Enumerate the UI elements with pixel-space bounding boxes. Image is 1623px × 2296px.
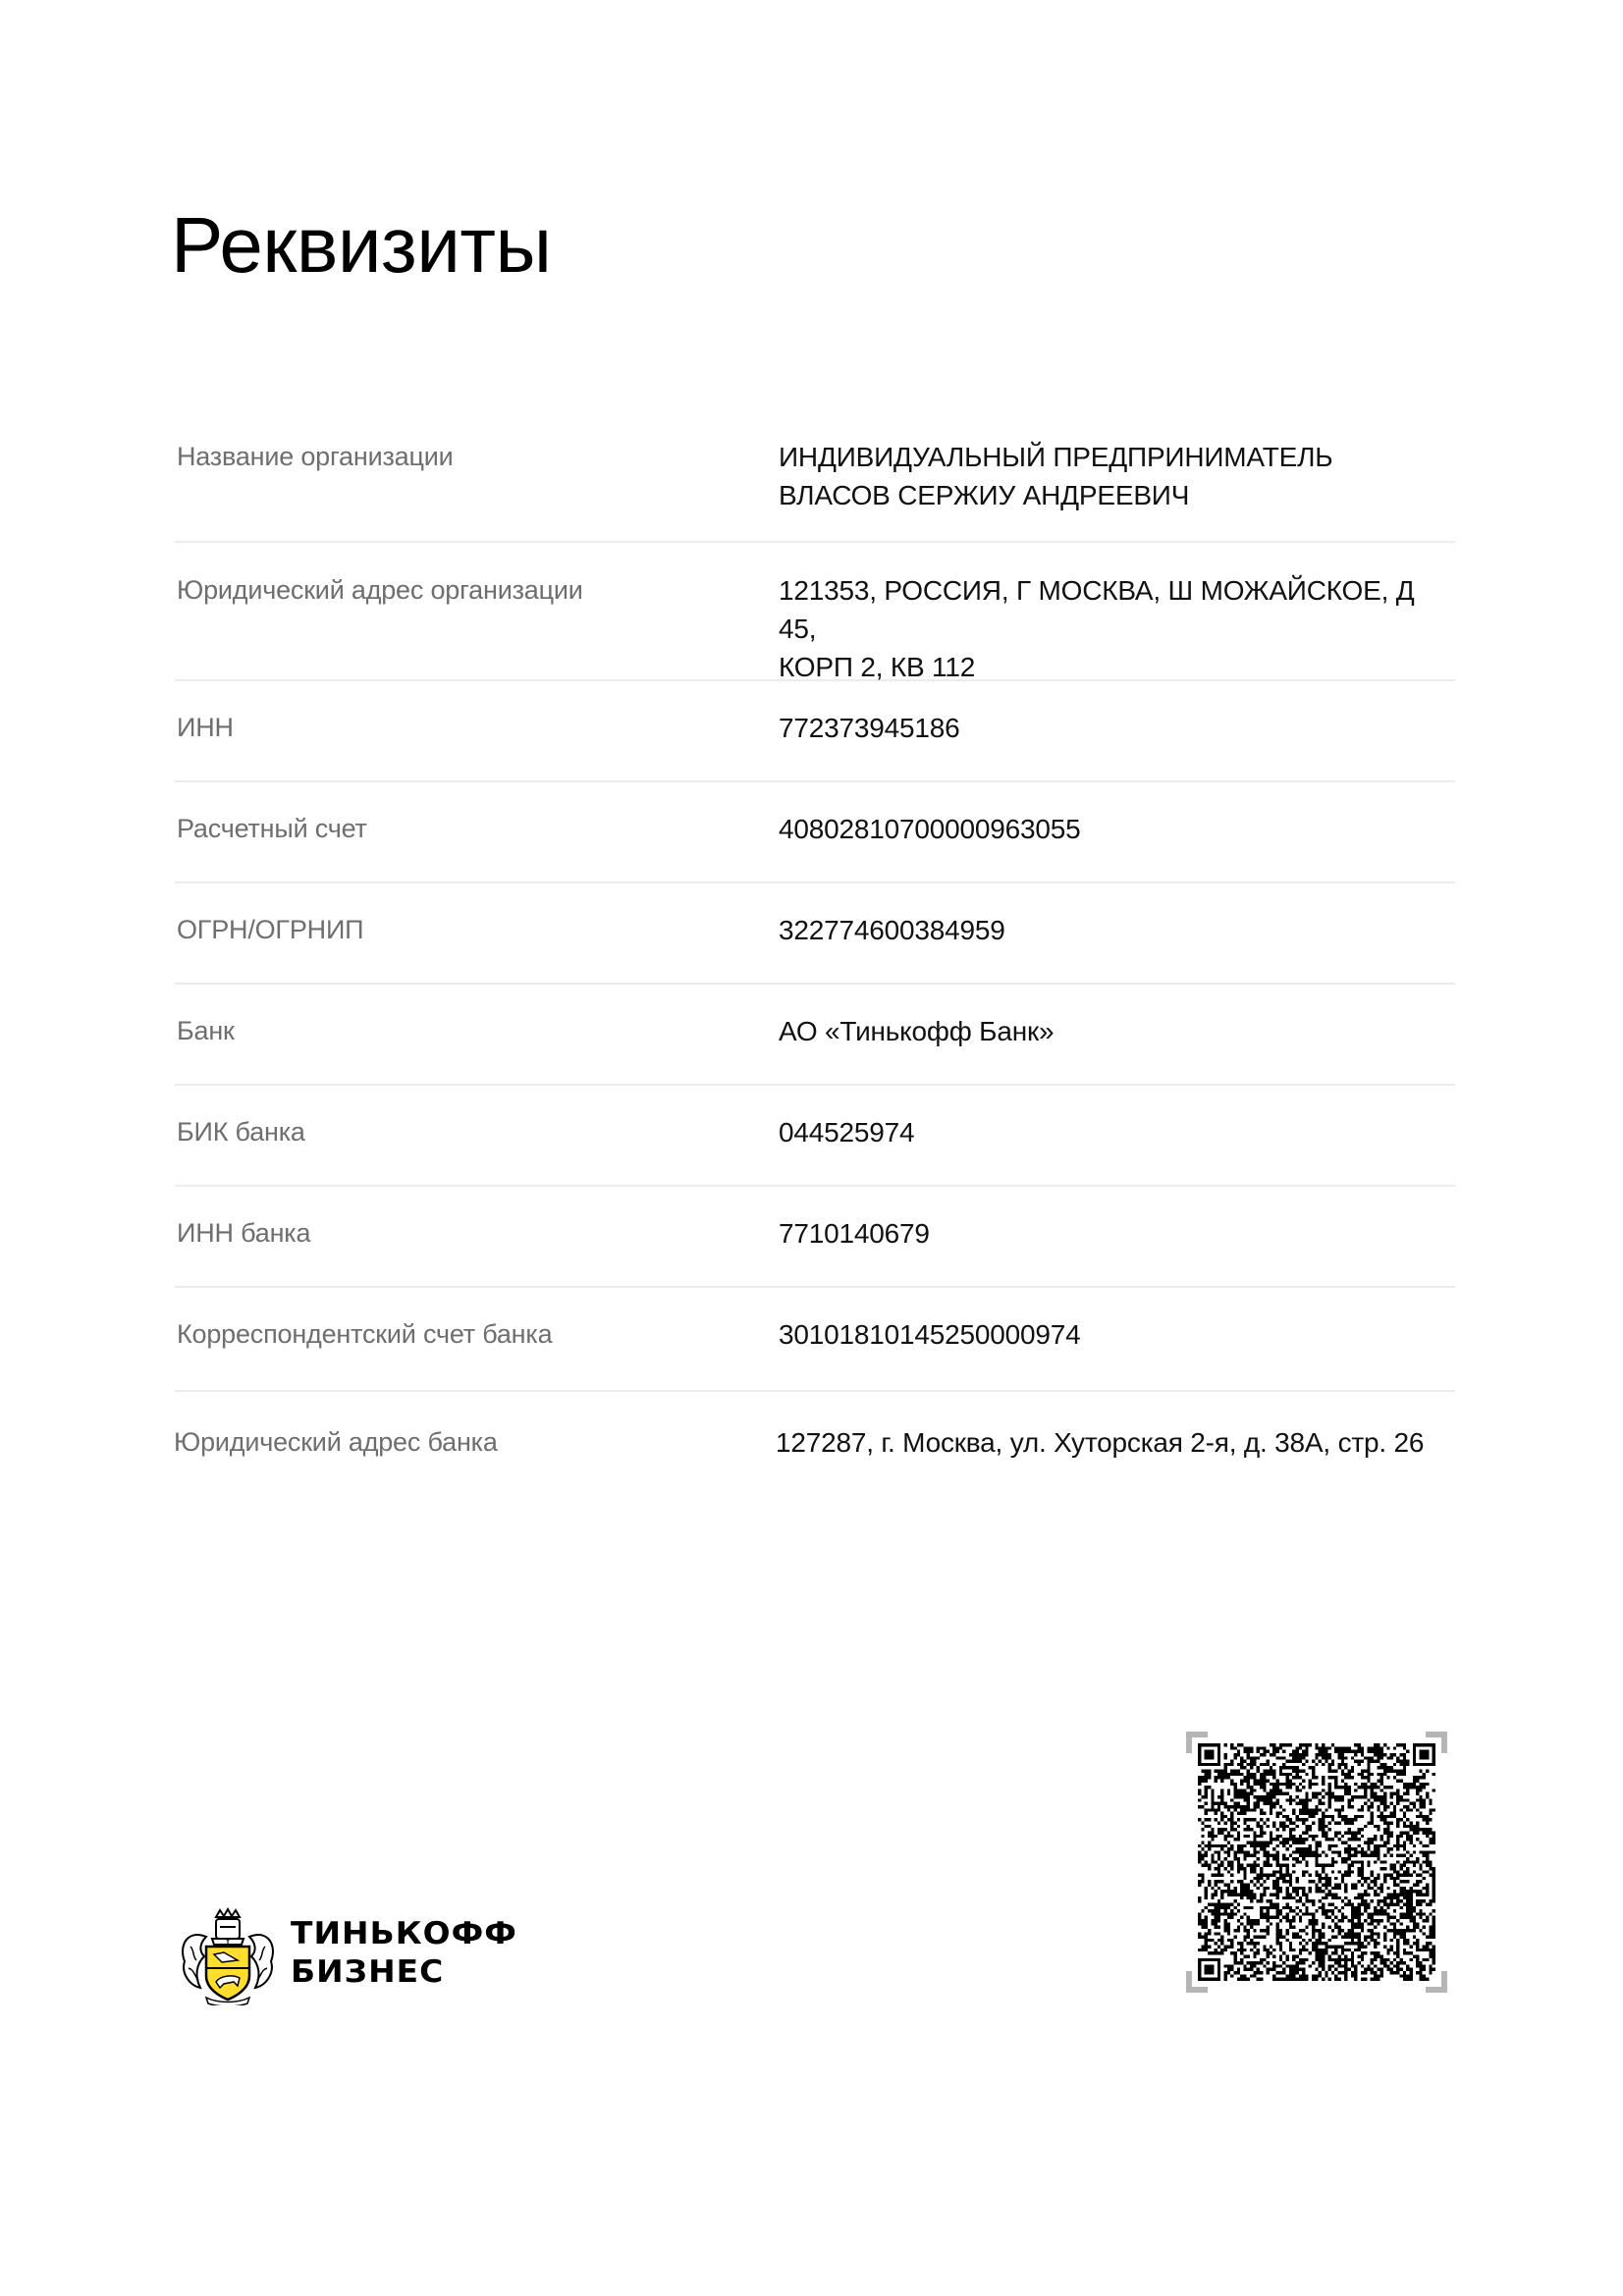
requisite-value[interactable]: 127287, г. Москва, ул. Хуторская 2-я, д.… xyxy=(776,1423,1453,1462)
requisite-label: ИНН xyxy=(177,709,234,747)
requisite-value[interactable]: 044525974 xyxy=(779,1113,1456,1151)
requisite-row-corr-account: Корреспондентский счет банка 30101810145… xyxy=(175,1288,1455,1392)
requisite-row-bank-address: Юридический адрес банка 127287, г. Москв… xyxy=(175,1392,1455,1490)
requisite-label: БИК банка xyxy=(177,1113,305,1151)
requisite-label: ИНН банка xyxy=(177,1214,310,1253)
value-line: ИНДИВИДУАЛЬНЫЙ ПРЕДПРИНИМАТЕЛЬ xyxy=(779,438,1456,476)
requisite-row-bank: Банк АО «Тинькофф Банк» xyxy=(175,985,1455,1086)
requisite-value[interactable]: 40802810700000963055 xyxy=(779,810,1456,848)
requisite-value[interactable]: 772373945186 xyxy=(779,709,1456,747)
requisite-row-bank-inn: ИНН банка 7710140679 xyxy=(175,1187,1455,1288)
qr-code-icon xyxy=(1198,1743,1435,1981)
requisite-row-org-name: Название организации ИНДИВИДУАЛЬНЫЙ ПРЕД… xyxy=(175,430,1455,543)
requisite-row-ogrn: ОГРН/ОГРНИП 322774600384959 xyxy=(175,883,1455,985)
requisite-label: Корреспондентский счет банка xyxy=(177,1315,552,1354)
requisite-label: Банк xyxy=(177,1012,235,1050)
requisite-value[interactable]: 7710140679 xyxy=(779,1214,1456,1253)
logo-text-line2: БИЗНЕС xyxy=(291,1953,517,1992)
requisite-row-inn: ИНН 772373945186 xyxy=(175,681,1455,782)
requisite-row-org-address: Юридический адрес организации 121353, РО… xyxy=(175,543,1455,681)
requisite-row-account: Расчетный счет 40802810700000963055 xyxy=(175,782,1455,883)
requisite-value[interactable]: 30101810145250000974 xyxy=(779,1315,1456,1354)
requisite-label: Юридический адрес банка xyxy=(174,1423,498,1462)
value-line: 121353, РОССИЯ, Г МОСКВА, Ш МОЖАЙСКОЕ, Д… xyxy=(779,571,1456,648)
requisite-value[interactable]: АО «Тинькофф Банк» xyxy=(779,1012,1456,1050)
page-title: Реквизиты xyxy=(171,196,552,294)
requisite-label: ОГРН/ОГРНИП xyxy=(177,911,363,949)
tinkoff-shield-emblem-icon: T xyxy=(177,1907,279,2005)
requisites-table: Название организации ИНДИВИДУАЛЬНЫЙ ПРЕД… xyxy=(175,430,1455,1490)
requisite-label: Расчетный счет xyxy=(177,810,367,848)
value-line: ВЛАСОВ СЕРЖИУ АНДРЕЕВИЧ xyxy=(779,476,1456,514)
requisite-label: Название организации xyxy=(177,438,453,476)
logo-text-line1: ТИНЬКОФФ xyxy=(291,1915,517,1953)
logo-text: ТИНЬКОФФ БИЗНЕС xyxy=(291,1915,517,1992)
requisite-value[interactable]: ИНДИВИДУАЛЬНЫЙ ПРЕДПРИНИМАТЕЛЬ ВЛАСОВ СЕ… xyxy=(779,438,1456,514)
requisite-value[interactable]: 121353, РОССИЯ, Г МОСКВА, Ш МОЖАЙСКОЕ, Д… xyxy=(779,571,1456,686)
qr-code xyxy=(1186,1732,1447,1993)
requisite-value[interactable]: 322774600384959 xyxy=(779,911,1456,949)
requisite-label: Юридический адрес организации xyxy=(177,571,583,610)
requisite-row-bik: БИК банка 044525974 xyxy=(175,1086,1455,1187)
